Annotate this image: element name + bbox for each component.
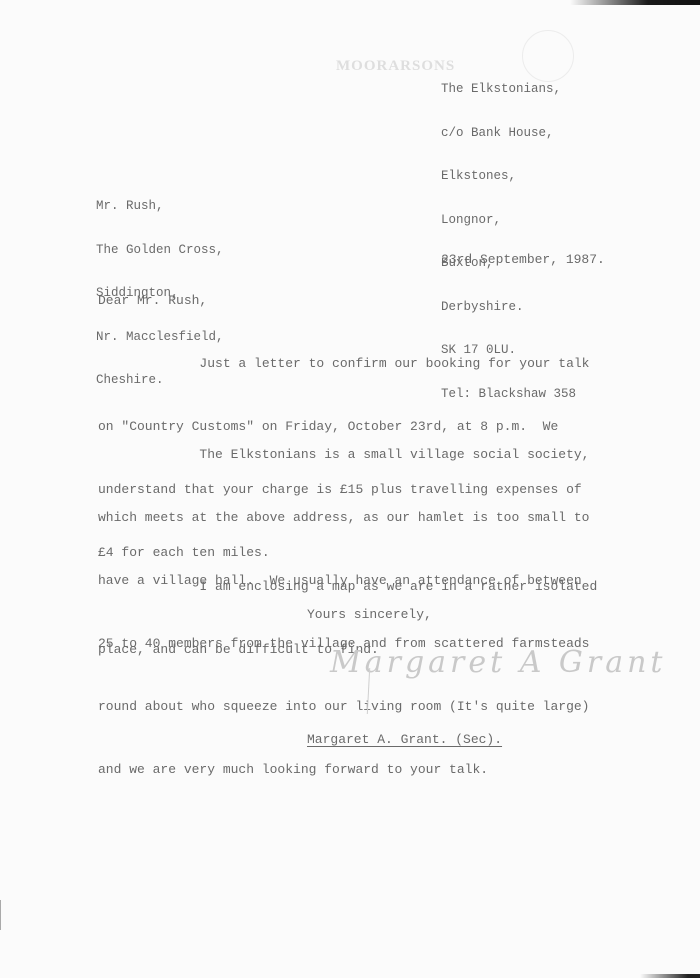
- recipient-address-line: Mr. Rush,: [96, 199, 224, 214]
- scan-edge-shadow: [570, 0, 700, 5]
- sender-address-line: The Elkstonians,: [441, 82, 576, 97]
- body-line: which meets at the above address, as our…: [98, 507, 658, 528]
- sender-address-line: Longnor,: [441, 213, 576, 228]
- letter-page: MOORARSONS The Elkstonians, c/o Bank Hou…: [0, 0, 700, 978]
- faded-stamp: MOORARSONS: [336, 58, 455, 75]
- salutation: Dear Mr. Rush,: [98, 290, 207, 311]
- recipient-address-line: The Golden Cross,: [96, 243, 224, 258]
- handwritten-signature: Margaret A Grant: [330, 645, 667, 680]
- closing: Yours sincerely,: [307, 604, 432, 625]
- signatory-name: Margaret A. Grant. (Sec).: [307, 729, 502, 750]
- letter-date: 23rd September, 1987.: [441, 249, 605, 270]
- body-line: I am enclosing a map as we are in a rath…: [98, 576, 658, 597]
- body-line: Just a letter to confirm our booking for…: [98, 353, 658, 374]
- scan-edge-shadow: [640, 974, 700, 978]
- scan-edge-line: [0, 900, 1, 930]
- body-line: and we are very much looking forward to …: [98, 759, 658, 780]
- sender-address-line: Elkstones,: [441, 169, 576, 184]
- sender-address-line: c/o Bank House,: [441, 126, 576, 141]
- body-line: The Elkstonians is a small village socia…: [98, 444, 658, 465]
